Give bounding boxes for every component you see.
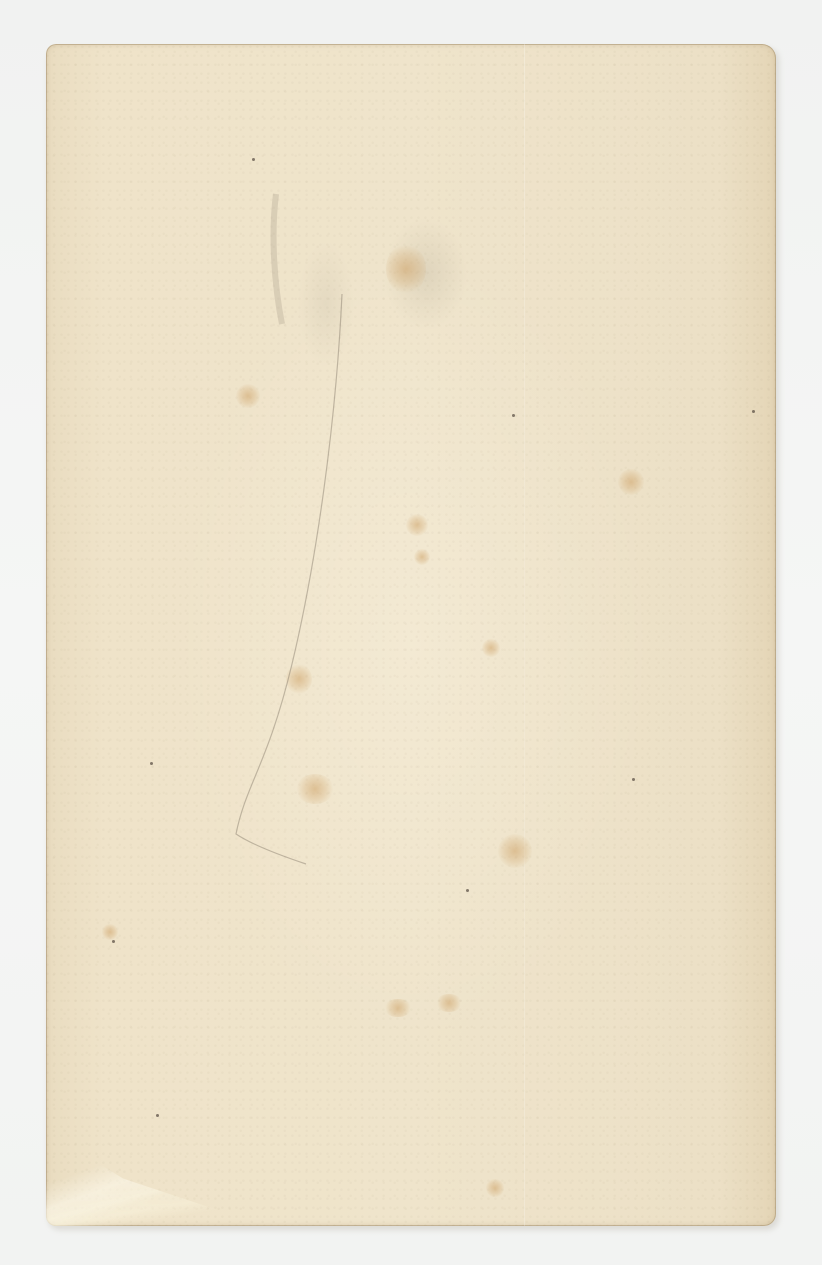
- foxing-spot: [436, 994, 462, 1012]
- dust-speck: [632, 778, 635, 781]
- foxing-spot: [618, 469, 644, 495]
- dust-speck: [150, 762, 153, 765]
- paper-grain-texture: [46, 44, 776, 1226]
- foxing-spot: [296, 774, 334, 804]
- foxing-spot: [414, 549, 430, 565]
- dust-speck: [252, 158, 255, 161]
- foxing-spot: [498, 834, 532, 868]
- photo-card-back: [46, 44, 776, 1226]
- dust-speck: [512, 414, 515, 417]
- dust-speck: [156, 1114, 159, 1117]
- dust-speck: [112, 940, 115, 943]
- foxing-spot: [386, 244, 426, 294]
- dust-speck: [752, 410, 755, 413]
- foxing-spot: [384, 999, 412, 1017]
- foxing-spot: [286, 664, 312, 694]
- paper-seam: [524, 44, 525, 1226]
- foxing-spot: [236, 384, 260, 408]
- foxing-spot: [102, 924, 118, 940]
- scan-background: [0, 0, 822, 1265]
- foxing-spot: [406, 514, 428, 536]
- foxing-spot: [482, 639, 500, 657]
- dust-speck: [466, 889, 469, 892]
- foxing-spot: [486, 1179, 504, 1197]
